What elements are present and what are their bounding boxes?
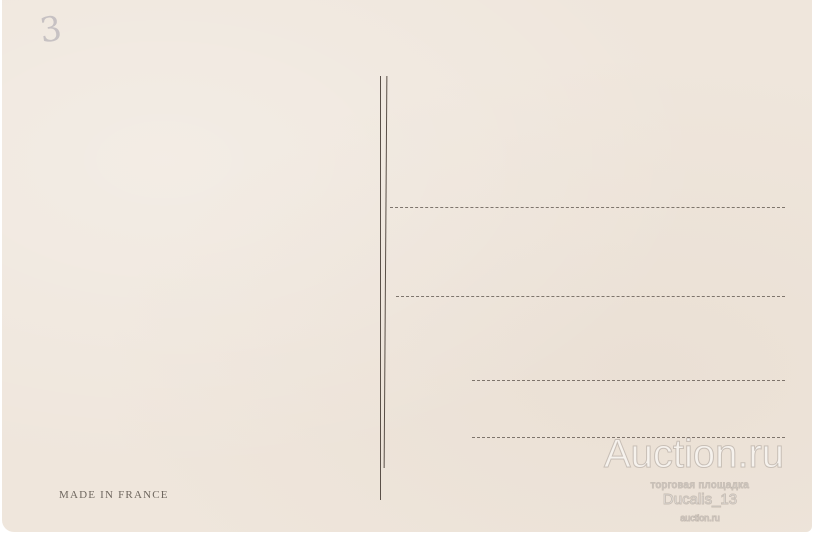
watermark-site: auction.ru <box>600 513 800 523</box>
address-line-3 <box>472 380 785 381</box>
pencil-number-mark: 3 <box>37 9 64 52</box>
made-in-france-imprint: MADE IN FRANCE <box>59 489 169 501</box>
watermark-brand: Auction.ru <box>583 432 805 477</box>
address-line-2 <box>396 296 785 297</box>
watermark-tagline: торговая площадка <box>600 480 800 491</box>
watermark-seller: Ducalis_13 <box>600 491 800 508</box>
address-line-1 <box>390 207 785 208</box>
center-divider-line-left <box>380 76 381 500</box>
center-divider-line-right <box>384 76 388 468</box>
